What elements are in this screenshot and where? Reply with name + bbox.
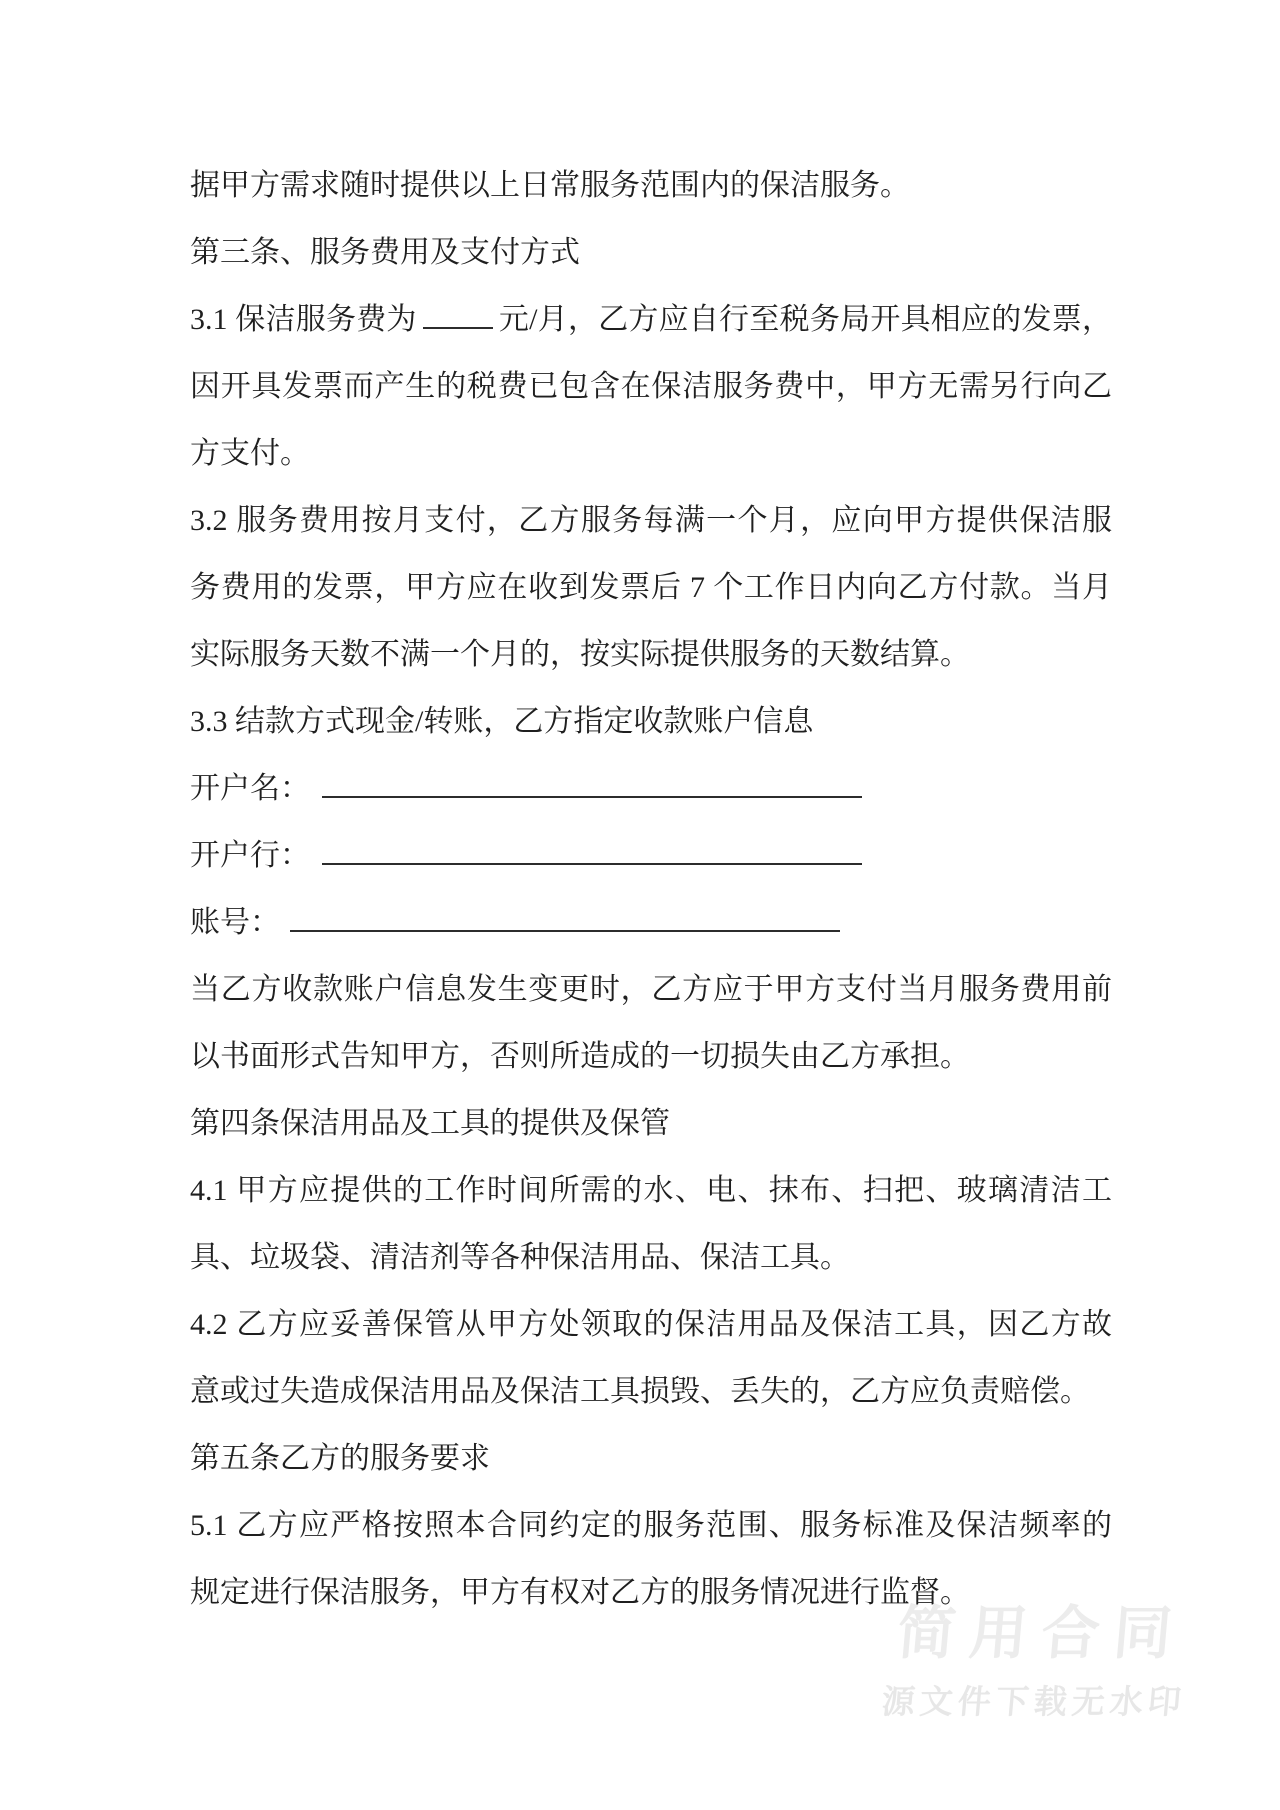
- text-segment: 第三条、服务费用及支付方式: [190, 236, 580, 269]
- text-segment: 3.3 结款方式现金/转账，乙方指定收款账户信息: [190, 705, 813, 738]
- blank-underline: [423, 291, 493, 329]
- text-segment: 5.1 乙方应严格按照本合同约定的服务范围、服务标准及保洁频率的: [190, 1509, 1112, 1542]
- text-line: 3.3 结款方式现金/转账，乙方指定收款账户信息: [190, 688, 1112, 755]
- text-line: 第四条保洁用品及工具的提供及保管: [190, 1090, 1112, 1157]
- text-line: 以书面形式告知甲方，否则所造成的一切损失由乙方承担。: [190, 1023, 1112, 1090]
- text-segment: 3.1 保洁服务费为: [190, 303, 417, 336]
- text-line: 当乙方收款账户信息发生变更时，乙方应于甲方支付当月服务费用前: [190, 956, 1112, 1023]
- text-line: 开户行：: [190, 822, 1112, 889]
- text-line: 据甲方需求随时提供以上日常服务范围内的保洁服务。: [190, 152, 1112, 219]
- watermark-brand: 简用合同: [894, 1586, 1189, 1670]
- text-line: 因开具发票而产生的税费已包含在保洁服务费中，甲方无需另行向乙: [190, 353, 1112, 420]
- blank-underline: [322, 827, 862, 865]
- text-line: 开户名：: [190, 755, 1112, 822]
- text-segment: 务费用的发票，甲方应在收到发票后 7 个工作日内向乙方付款。当月: [190, 571, 1112, 604]
- text-line: 第三条、服务费用及支付方式: [190, 219, 1112, 286]
- text-line: 3.2 服务费用按月支付，乙方服务每满一个月，应向甲方提供保洁服: [190, 487, 1112, 554]
- text-line: 第五条乙方的服务要求: [190, 1425, 1112, 1492]
- text-segment: 据甲方需求随时提供以上日常服务范围内的保洁服务。: [190, 169, 910, 202]
- text-segment: 元/月，乙方应自行至税务局开具相应的发票，: [499, 303, 1112, 336]
- text-segment: 方支付。: [190, 437, 310, 470]
- text-segment: 意或过失造成保洁用品及保洁工具损毁、丢失的，乙方应负责赔偿。: [190, 1375, 1090, 1408]
- text-line: 具、垃圾袋、清洁剂等各种保洁用品、保洁工具。: [190, 1224, 1112, 1291]
- text-line: 5.1 乙方应严格按照本合同约定的服务范围、服务标准及保洁频率的: [190, 1492, 1112, 1559]
- text-segment: 第五条乙方的服务要求: [190, 1442, 490, 1475]
- text-segment: 4.2 乙方应妥善保管从甲方处领取的保洁用品及保洁工具，因乙方故: [190, 1308, 1112, 1341]
- text-segment: 开户行：: [190, 839, 310, 872]
- contract-body: 据甲方需求随时提供以上日常服务范围内的保洁服务。第三条、服务费用及支付方式3.1…: [190, 152, 1112, 1626]
- text-segment: 以书面形式告知甲方，否则所造成的一切损失由乙方承担。: [190, 1040, 970, 1073]
- text-segment: 第四条保洁用品及工具的提供及保管: [190, 1107, 670, 1140]
- text-line: 3.1 保洁服务费为元/月，乙方应自行至税务局开具相应的发票，: [190, 286, 1112, 353]
- watermark-tagline: 源文件下载无水印: [880, 1676, 1188, 1723]
- blank-underline: [290, 894, 840, 932]
- text-segment: 实际服务天数不满一个月的，按实际提供服务的天数结算。: [190, 638, 970, 671]
- text-segment: 4.1 甲方应提供的工作时间所需的水、电、抹布、扫把、玻璃清洁工: [190, 1174, 1112, 1207]
- text-line: 意或过失造成保洁用品及保洁工具损毁、丢失的，乙方应负责赔偿。: [190, 1358, 1112, 1425]
- text-line: 务费用的发票，甲方应在收到发票后 7 个工作日内向乙方付款。当月: [190, 554, 1112, 621]
- text-segment: 具、垃圾袋、清洁剂等各种保洁用品、保洁工具。: [190, 1241, 850, 1274]
- text-line: 4.1 甲方应提供的工作时间所需的水、电、抹布、扫把、玻璃清洁工: [190, 1157, 1112, 1224]
- text-segment: 因开具发票而产生的税费已包含在保洁服务费中，甲方无需另行向乙: [190, 370, 1112, 403]
- text-segment: 账号：: [190, 906, 280, 939]
- text-line: 方支付。: [190, 420, 1112, 487]
- blank-underline: [322, 760, 862, 798]
- text-segment: 规定进行保洁服务，甲方有权对乙方的服务情况进行监督。: [190, 1576, 970, 1609]
- text-line: 4.2 乙方应妥善保管从甲方处领取的保洁用品及保洁工具，因乙方故: [190, 1291, 1112, 1358]
- text-line: 实际服务天数不满一个月的，按实际提供服务的天数结算。: [190, 621, 1112, 688]
- text-segment: 3.2 服务费用按月支付，乙方服务每满一个月，应向甲方提供保洁服: [190, 504, 1112, 537]
- text-line: 账号：: [190, 889, 1112, 956]
- text-segment: 当乙方收款账户信息发生变更时，乙方应于甲方支付当月服务费用前: [190, 973, 1112, 1006]
- text-segment: 开户名：: [190, 772, 310, 805]
